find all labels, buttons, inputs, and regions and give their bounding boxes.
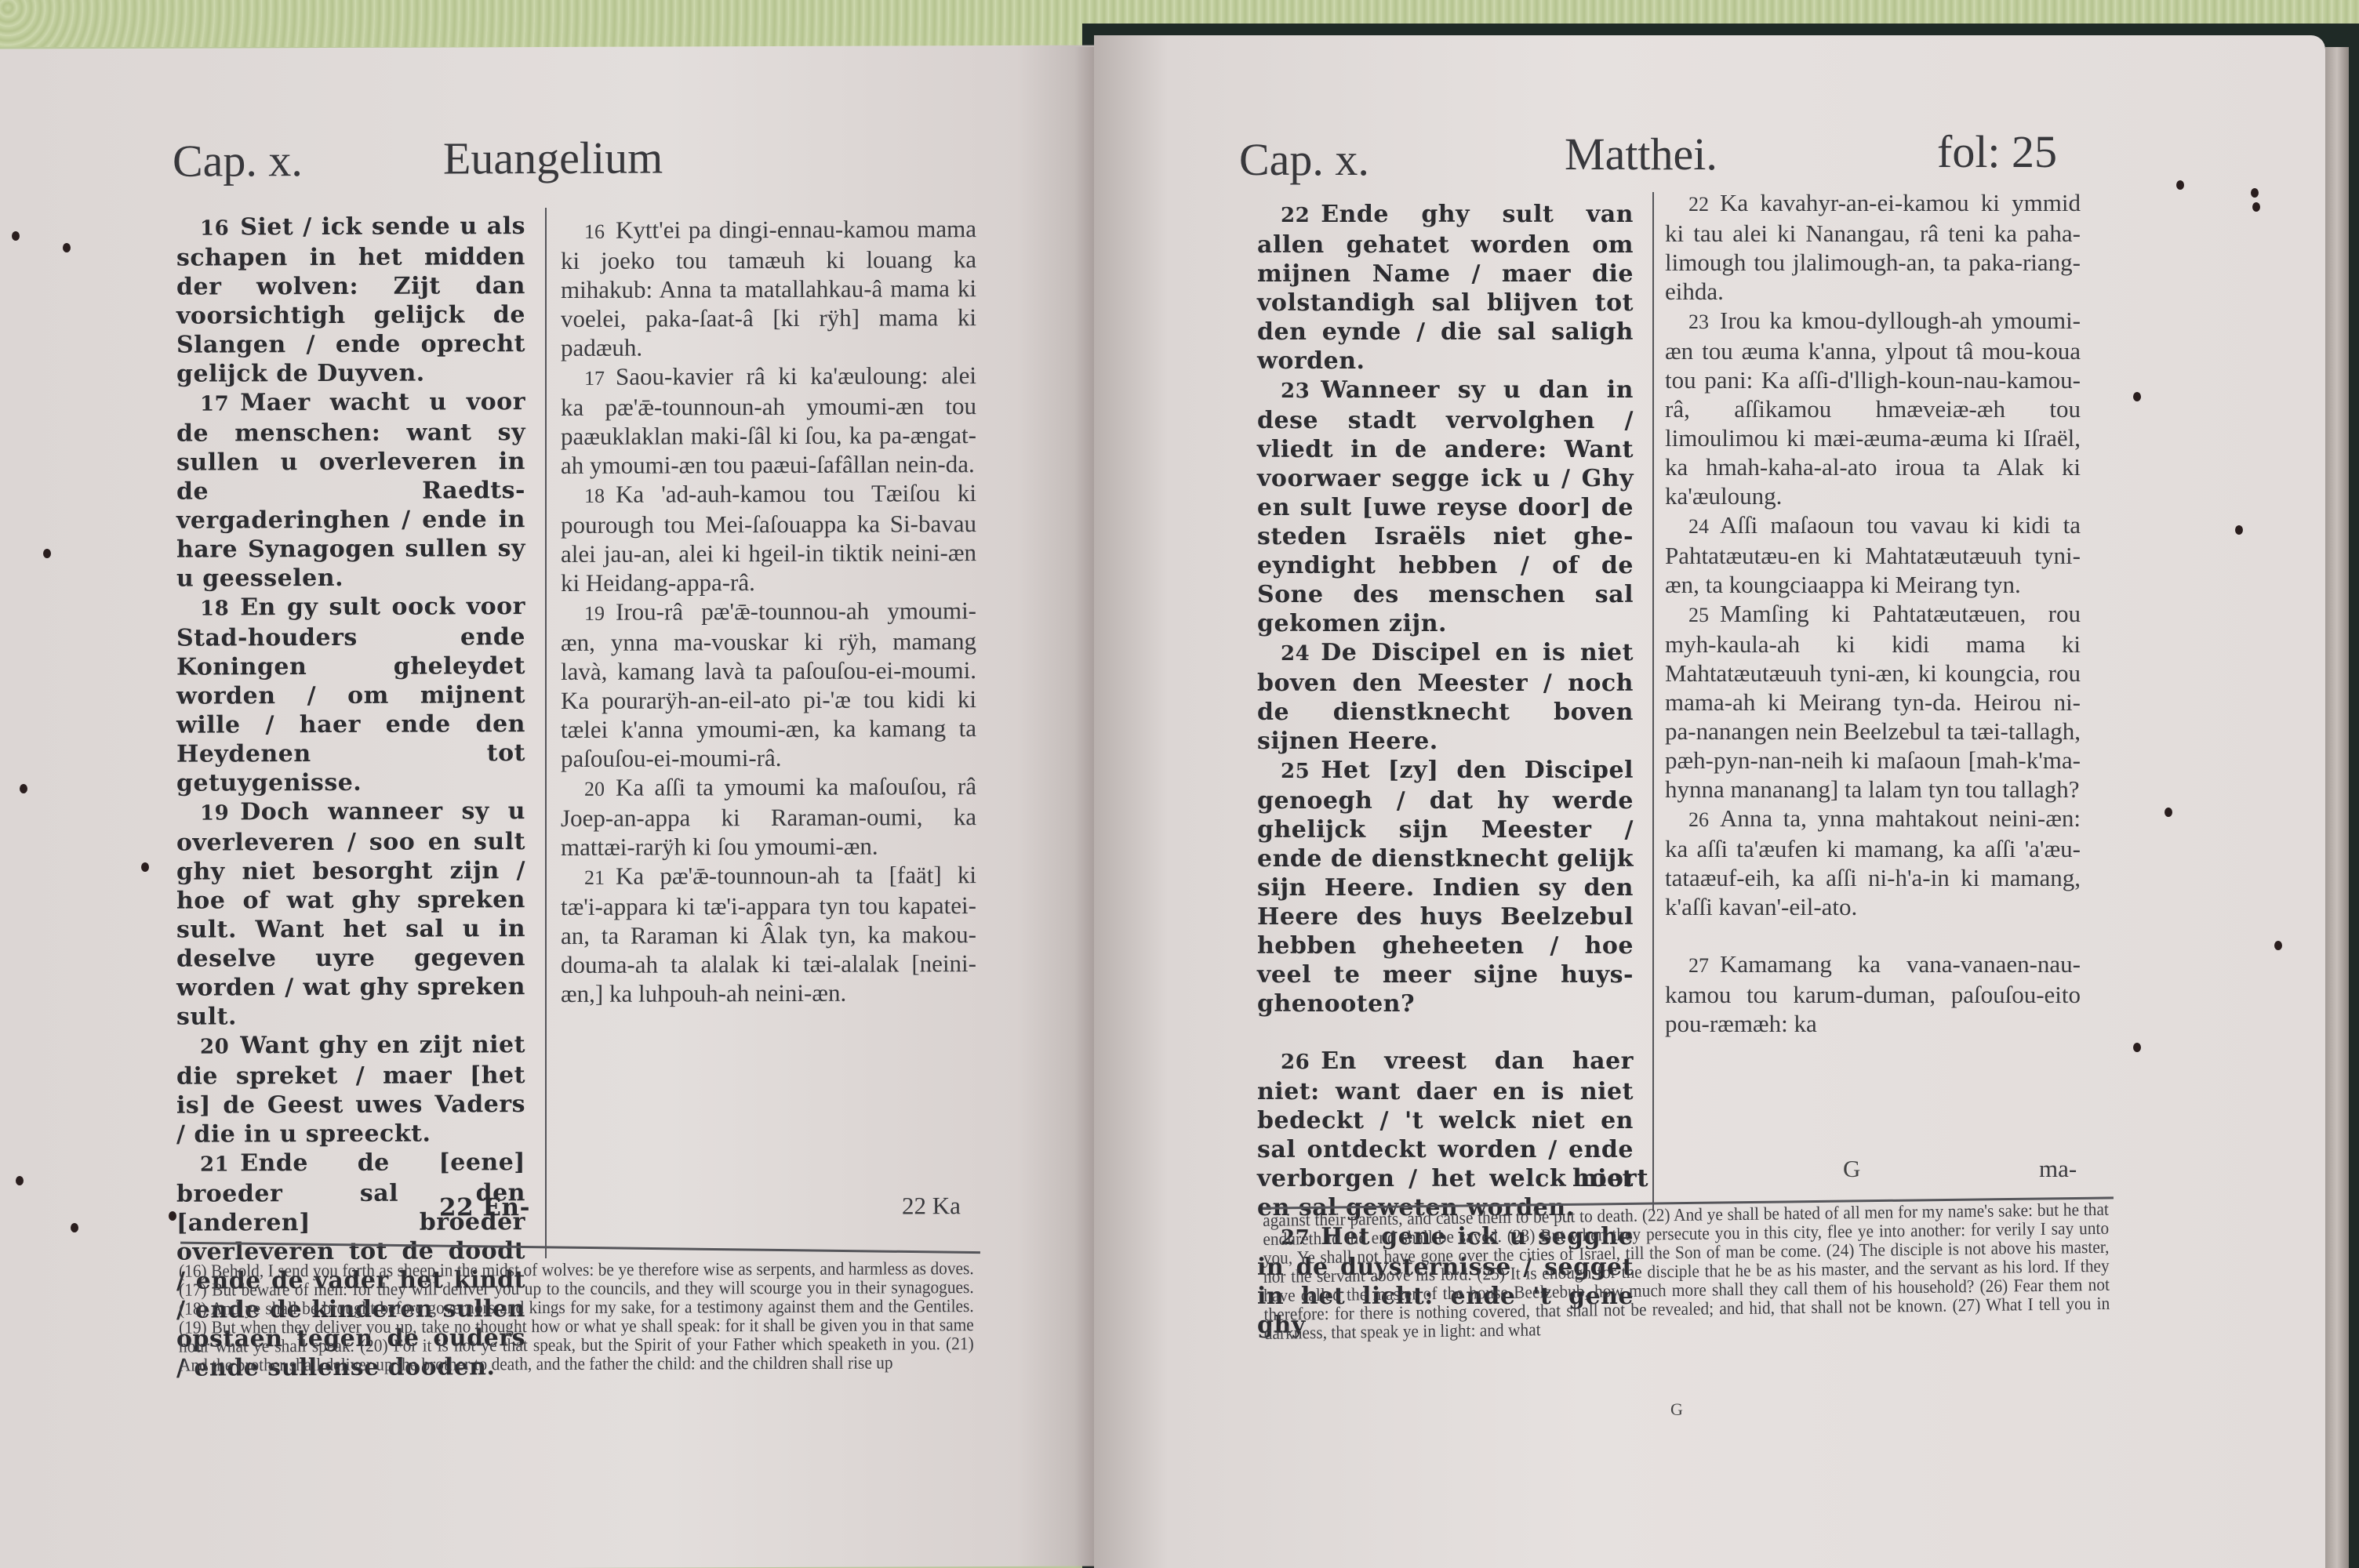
verse: 26En vreest dan haer niet: want daer en … xyxy=(1257,1047,1634,1222)
left-formosan-catchword: 22 Ka xyxy=(902,1192,961,1220)
verse: 26Anna ta, ynna mahtakout neini-æn: ka a… xyxy=(1665,804,2081,921)
verse: 24Aſſi maſaoun tou vavau ki kidi ta Paht… xyxy=(1665,510,2081,599)
verse: 16Kytt'ei pa dingi-ennau-kamou mama ki j… xyxy=(561,214,976,362)
verse: 25Mamſing ki Pahtatæutæuen, rou myh-kaul… xyxy=(1665,599,2081,804)
right-formosan-catchword: ma- xyxy=(2039,1155,2077,1183)
signature-mark: G xyxy=(1843,1155,1860,1183)
verse: 18En gy sult oock voor Stad-houders ende… xyxy=(176,592,525,798)
verse: 16Siet / ick sende u als schapen in het … xyxy=(176,212,525,389)
right-title-heading: Matthei. xyxy=(1565,128,1717,180)
speck xyxy=(2176,180,2184,190)
verse: 21Ka pæ'ǣ-tounnoun-ah ta [faät] ki tæ'i-… xyxy=(561,860,976,1008)
footnote-signature-mark: G xyxy=(1670,1399,1683,1420)
verse: 20Ka aſſi ta ymoumi ka maſouſou, râ Joep… xyxy=(561,771,976,862)
page-stack-edge xyxy=(2325,47,2349,1568)
speck xyxy=(2235,525,2243,535)
speck xyxy=(63,243,71,252)
speck xyxy=(141,862,149,872)
speck xyxy=(169,1211,176,1221)
right-formosan-column: 22Ka kavahyr-an-ei-kamou ki ymmid ki tau… xyxy=(1665,188,2081,1038)
folio-number: fol: 25 xyxy=(1937,125,2057,178)
left-title-heading: Euangelium xyxy=(443,132,663,185)
verse: 19Doch wanneer sy u overleveren / soo en… xyxy=(176,797,525,1032)
column-divider xyxy=(1652,192,1654,1211)
left-english-footnote: (16) Behold, I send you forth as sheep i… xyxy=(179,1259,974,1375)
verse: 19Irou-râ pæ'ǣ-tounnou-ah ymoumi-æn, ynn… xyxy=(561,596,976,773)
verse: 17Maer wacht u voor de menschen: want sy… xyxy=(176,387,525,593)
verse: 20Want ghy en zijt niet die spreket / ma… xyxy=(176,1030,525,1149)
speck xyxy=(20,784,27,793)
speck xyxy=(43,549,51,558)
verse: 23Irou ka kmou-dyllough-ah ymoumi-æn tou… xyxy=(1665,306,2081,510)
verse: 18Ka 'ad-auh-kamou tou Tæiſou ki pouroug… xyxy=(561,478,976,597)
right-page: Cap. x. Matthei. fol: 25 22Ende ghy sult… xyxy=(1094,35,2325,1568)
speck xyxy=(2274,941,2282,950)
speck xyxy=(16,1176,24,1185)
right-dutch-catchword: hoort xyxy=(1572,1164,1648,1192)
column-divider xyxy=(545,208,547,1258)
speck xyxy=(2252,202,2260,212)
left-chapter-heading: Cap. x. xyxy=(173,134,303,187)
speck xyxy=(71,1223,78,1232)
verse: 22Ka kavahyr-an-ei-kamou ki ymmid ki tau… xyxy=(1665,188,2081,306)
verse: 22Ende ghy sult van allen gehatet worden… xyxy=(1257,200,1634,376)
left-formosan-column: 16Kytt'ei pa dingi-ennau-kamou mama ki j… xyxy=(561,214,976,1008)
speck xyxy=(2165,808,2172,817)
verse: 17Saou-kavier râ ki ka'æuloung: alei ka … xyxy=(561,361,976,480)
left-page: Cap. x. Euangelium 16Siet / ick sende u … xyxy=(0,45,1106,1568)
speck xyxy=(2133,1043,2141,1052)
verse: 23Wanneer sy u dan in dese stadt vervolg… xyxy=(1257,376,1634,638)
verse: 24De Discipel en is niet boven den Meest… xyxy=(1257,638,1634,756)
right-english-footnote: against their parents, and cause them to… xyxy=(1263,1200,2110,1343)
speck xyxy=(2251,188,2259,198)
speck xyxy=(12,231,20,241)
verse: 27Kamamang ka vana-vanaen-nau-kamou tou … xyxy=(1665,949,2081,1038)
verse: 25Het [zy] den Discipel genoegh / dat hy… xyxy=(1257,756,1634,1018)
speck xyxy=(2133,392,2141,401)
left-dutch-catchword: 22 En- xyxy=(439,1193,530,1221)
right-chapter-heading: Cap. x. xyxy=(1239,133,1369,186)
